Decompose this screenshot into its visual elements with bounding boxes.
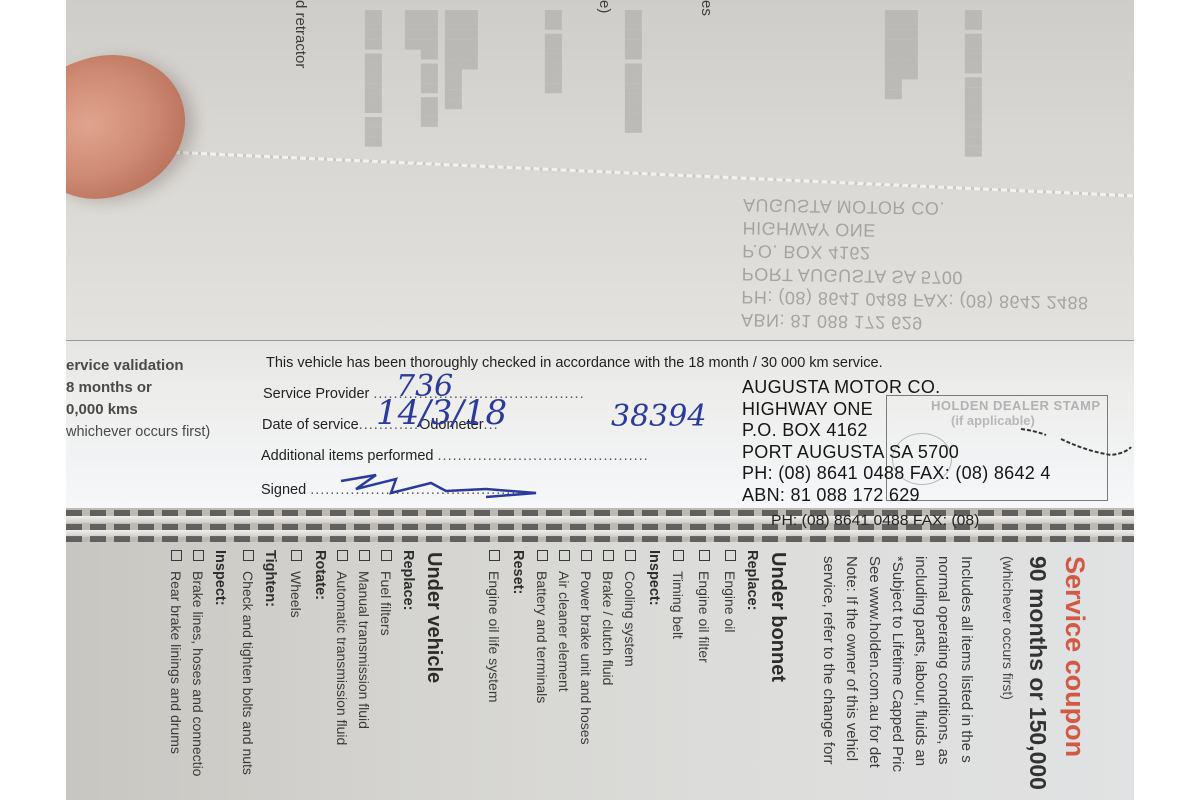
item-label: Engine oil filter [696, 571, 712, 663]
dealer-abn: ABN: 81 088 172 629 [742, 485, 1051, 507]
checklist-item-engine-oil[interactable]: Engine oil [722, 550, 738, 633]
finger [66, 35, 204, 218]
replace-label: Replace: [744, 550, 760, 610]
date-of-service-value: 14/3/18 [376, 393, 507, 433]
checklist-item-engine-oil-filter[interactable]: Engine oil filter [696, 550, 712, 663]
under-vehicle-heading: Under vehicle [422, 552, 445, 683]
checkbox-icon[interactable] [171, 550, 182, 561]
upper-page: d retractor e) es ████ ██████ ███ █████ … [66, 0, 1134, 350]
checklist-item-brake-lines[interactable]: Brake lines, hoses and connectio [190, 550, 206, 776]
item-label: Power brake unit and hoses [578, 571, 594, 745]
upper-text-es: es [698, 0, 715, 16]
service-provider-label: Service Provider [263, 386, 369, 402]
ghost-text: █████ ███████ [626, 10, 642, 160]
item-label: Wheels [288, 571, 304, 618]
reset-label: Reset: [510, 550, 526, 594]
item-label: Rear brake linings and drums [168, 571, 184, 754]
checkbox-icon[interactable] [291, 550, 302, 561]
checklist-item-brake-clutch-fluid[interactable]: Brake / clutch fluid [600, 550, 616, 685]
checkbox-icon[interactable] [725, 550, 736, 561]
service-coupon-page: Service coupon 90 months or 150,000 (whi… [66, 542, 1134, 800]
validation-statement: This vehicle has been thoroughly checked… [266, 355, 883, 371]
ghost-text: ██████ ██████████ [446, 10, 478, 160]
inspect-label: Inspect: [212, 550, 228, 606]
checkbox-icon[interactable] [193, 550, 204, 561]
checklist-item-battery[interactable]: Battery and terminals [534, 550, 550, 703]
heading-line: 0,000 kms [66, 399, 246, 421]
checklist-item-manual-trans[interactable]: Manual transmission fluid [356, 550, 372, 729]
checkbox-icon[interactable] [337, 550, 348, 561]
checkbox-icon[interactable] [625, 550, 636, 561]
ghost-text: ███████ █████████ [886, 10, 918, 160]
ghost-text: ████ ██████ ███ [366, 10, 382, 160]
mirrored-dealer-stamp: ABN: 81 088 172 629 PH: (08) 8641 0488 F… [741, 193, 1091, 337]
ghost-text: ██ ██████ [546, 10, 562, 160]
date-label: Date of service [262, 417, 359, 433]
upper-text-retractor: d retractor [292, 0, 309, 68]
checklist-item-rear-brake[interactable]: Rear brake linings and drums [168, 550, 184, 754]
signed-label: Signed [261, 482, 306, 498]
item-label: Fuel filters [378, 571, 394, 636]
checklist-item-fuel-filters[interactable]: Fuel filters [378, 550, 394, 636]
coupon-paragraph: service, refer to the change forr [820, 556, 837, 764]
checklist-item-air-cleaner[interactable]: Air cleaner element [556, 550, 572, 692]
coupon-paragraph: normal operating conditions, as [935, 556, 952, 764]
stamp-scribble [1016, 421, 1134, 461]
item-label: Automatic transmission fluid [334, 571, 350, 745]
checklist-item-auto-trans[interactable]: Automatic transmission fluid [334, 550, 350, 745]
dealer-stamp: AUGUSTA MOTOR CO. HIGHWAY ONE P.O. BOX 4… [742, 377, 1051, 506]
item-label: Brake / clutch fluid [600, 571, 616, 685]
service-booklet-photo: d retractor e) es ████ ██████ ███ █████ … [66, 0, 1134, 800]
item-label: Brake lines, hoses and connectio [190, 571, 206, 776]
heading-line: ervice validation [66, 355, 246, 377]
checklist-item-wheels[interactable]: Wheels [288, 550, 304, 618]
stacked-coupon-edges: PH: (08) 8641 0488 FAX: (08) [66, 508, 1134, 542]
item-label: Engine oil [722, 571, 738, 633]
coupon-paragraph: Note: If the owner of this vehicl [843, 556, 860, 761]
item-label: Engine oil life system [486, 571, 502, 703]
dotted-line: ........................................… [438, 448, 649, 464]
item-label: Battery and terminals [534, 571, 550, 703]
odometer-value: 38394 [611, 399, 706, 434]
dealer-name: AUGUSTA MOTOR CO. [742, 377, 1051, 399]
checklist-item-timing-belt[interactable]: Timing belt [670, 550, 686, 639]
dealer-address-3: PORT AUGUSTA SA 5700 [742, 442, 1051, 464]
signature-scribble [336, 471, 546, 501]
fold-crease [156, 150, 1134, 198]
checkbox-icon[interactable] [699, 550, 710, 561]
checkbox-icon[interactable] [603, 550, 614, 561]
coupon-title: Service coupon [1059, 556, 1090, 757]
heading-line: 8 months or [66, 377, 246, 399]
service-validation-strip: ervice validation 8 months or 0,000 kms … [66, 340, 1134, 516]
dealer-address-1: HIGHWAY ONE [742, 399, 1051, 421]
coupon-paragraph: See www.holden.com.au for det [866, 556, 883, 768]
heading-note: whichever occurs first) [66, 421, 246, 443]
checkbox-icon[interactable] [381, 550, 392, 561]
checkbox-icon[interactable] [559, 550, 570, 561]
checkbox-icon[interactable] [243, 550, 254, 561]
checkbox-icon[interactable] [537, 550, 548, 561]
rotate-label: Rotate: [312, 550, 328, 600]
additional-items-field: Additional items performed .............… [261, 448, 649, 464]
replace-label: Replace: [400, 550, 416, 610]
item-label: Check and tighten bolts and nuts [240, 571, 256, 775]
coupon-paragraph: Includes all items listed in the s [958, 556, 975, 763]
item-label: Manual transmission fluid [356, 571, 372, 729]
coupon-paragraph: including parts, labour, fluids an [912, 556, 929, 766]
upper-text-e: e) [596, 0, 613, 13]
ghost-text: ██ ████ ████████ [966, 10, 982, 160]
ghost-text: █████ ███ ███ ████ [406, 10, 438, 160]
checkbox-icon[interactable] [359, 550, 370, 561]
item-label: Air cleaner element [556, 571, 572, 692]
validation-heading: ervice validation 8 months or 0,000 kms … [66, 355, 246, 443]
checklist-item-power-brake[interactable]: Power brake unit and hoses [578, 550, 594, 745]
dealer-phone: PH: (08) 8641 0488 FAX: (08) 8642 4 [742, 463, 1051, 485]
additional-items-label: Additional items performed [261, 448, 433, 464]
checklist-item-cooling-system[interactable]: Cooling system [622, 550, 638, 667]
checkbox-icon[interactable] [581, 550, 592, 561]
coupon-note: (whichever occurs first) [1000, 556, 1016, 700]
item-label: Cooling system [622, 571, 638, 667]
checkbox-icon[interactable] [489, 550, 500, 561]
coupon-paragraph: *Subject to Lifetime Capped Pric [889, 556, 906, 772]
coupon-subtitle: 90 months or 150,000 [1024, 556, 1051, 790]
dealer-address-2: P.O. BOX 4162 [742, 420, 1051, 442]
under-bonnet-heading: Under bonnet [766, 552, 789, 682]
item-label: Timing belt [670, 571, 686, 639]
inspect-label: Inspect: [646, 550, 662, 606]
checklist-item-oil-life-system[interactable]: Engine oil life system [486, 550, 502, 703]
checkbox-icon[interactable] [673, 550, 684, 561]
tighten-label: Tighten: [262, 550, 278, 607]
checklist-item-bolts-nuts[interactable]: Check and tighten bolts and nuts [240, 550, 256, 775]
